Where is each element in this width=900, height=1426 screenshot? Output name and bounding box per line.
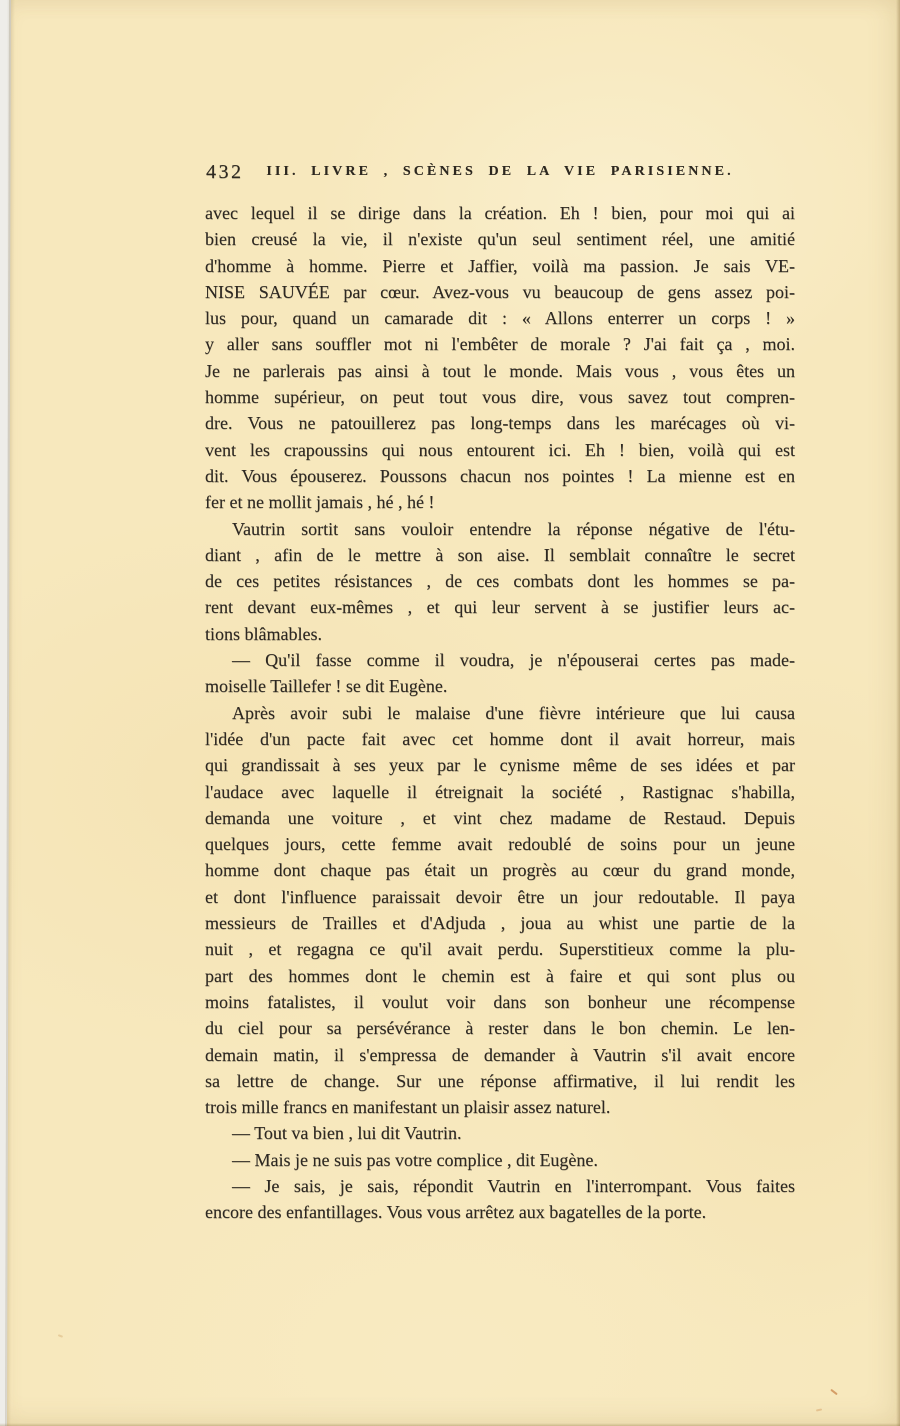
text-line: diant , afin de le mettre à son aise. Il… [205, 542, 795, 568]
text-line: demanda une voiture , et vint chez madam… [205, 805, 795, 831]
text-line: — Mais je ne suis pas votre complice , d… [205, 1147, 795, 1173]
text-line: Après avoir subi le malaise d'une fièvre… [205, 700, 795, 726]
text-line: l'audace avec laquelle il étreignait la … [205, 779, 795, 805]
text-line: sa lettre de change. Sur une réponse aff… [205, 1068, 795, 1094]
text-line: lus pour, quand un camarade dit : « Allo… [205, 305, 795, 331]
text-line: avec lequel il se dirige dans la créatio… [205, 200, 795, 226]
text-line: demain matin, il s'empressa de demander … [205, 1042, 795, 1068]
page-number: 432 [206, 161, 244, 184]
text-line: rent devant eux-mêmes , et qui leur serv… [205, 594, 795, 620]
text-line: l'idée d'un pacte fait avec cet homme do… [205, 726, 795, 752]
text-line: encore des enfantillages. Vous vous arrê… [205, 1199, 795, 1225]
text-line: NISE SAUVÉE par cœur. Avez-vous vu beauc… [205, 279, 795, 305]
scan-edge-right [896, 0, 900, 1426]
text-line: messieurs de Trailles et d'Adjuda , joua… [205, 910, 795, 936]
text-line: d'homme à homme. Pierre et Jaffier, voil… [205, 253, 795, 279]
text-line: fer et ne mollit jamais , hé , hé ! [205, 489, 795, 515]
text-line: dre. Vous ne patouillerez pas long-temps… [205, 410, 795, 436]
text-line: moiselle Taillefer ! se dit Eugène. [205, 673, 795, 699]
text-line: — Qu'il fasse comme il voudra, je n'épou… [205, 647, 795, 673]
text-line: moins fatalistes, il voulut voir dans so… [205, 989, 795, 1015]
text-line: dit. Vous épouserez. Poussons chacun nos… [205, 463, 795, 489]
paper-fiber [816, 1408, 822, 1411]
text-line: vent les crapoussins qui nous entourent … [205, 437, 795, 463]
paper-fiber [830, 1389, 838, 1396]
text-line: et dont l'influence paraissait devoir êt… [205, 884, 795, 910]
running-title: III. LIVRE , SCÈNES DE LA VIE PARISIENNE… [205, 161, 795, 180]
text-line: de ces petites résistances , de ces comb… [205, 568, 795, 594]
text-line: Vautrin sortit sans vouloir entendre la … [205, 516, 795, 542]
text-line: quelques jours, cette femme avait redoub… [205, 831, 795, 857]
text-line: y aller sans souffler mot ni l'embêter d… [205, 331, 795, 357]
text-line: nuit , et regagna ce qu'il avait perdu. … [205, 936, 795, 962]
page-body: avec lequel il se dirige dans la créatio… [205, 200, 795, 1226]
paper-fiber [58, 1334, 63, 1337]
scanned-page: 432 III. LIVRE , SCÈNES DE LA VIE PARISI… [0, 0, 900, 1426]
text-line: Je ne parlerais pas ainsi à tout le mond… [205, 358, 795, 384]
text-line: trois mille francs en manifestant un pla… [205, 1094, 795, 1120]
text-line: homme dont chaque pas était un progrès a… [205, 857, 795, 883]
text-line: — Je sais, je sais, répondit Vautrin en … [205, 1173, 795, 1199]
text-line: homme supérieur, on peut tout vous dire,… [205, 384, 795, 410]
text-line: tions blâmables. [205, 621, 795, 647]
text-line: — Tout va bien , lui dit Vautrin. [205, 1120, 795, 1146]
page-header: 432 III. LIVRE , SCÈNES DE LA VIE PARISI… [205, 161, 795, 187]
text-line: bien creusé la vie, il n'existe qu'un se… [205, 226, 795, 252]
text-line: part des hommes dont le chemin est à fai… [205, 963, 795, 989]
text-line: qui grandissait à ses yeux par le cynism… [205, 752, 795, 778]
text-line: du ciel pour sa persévérance à rester da… [205, 1015, 795, 1041]
